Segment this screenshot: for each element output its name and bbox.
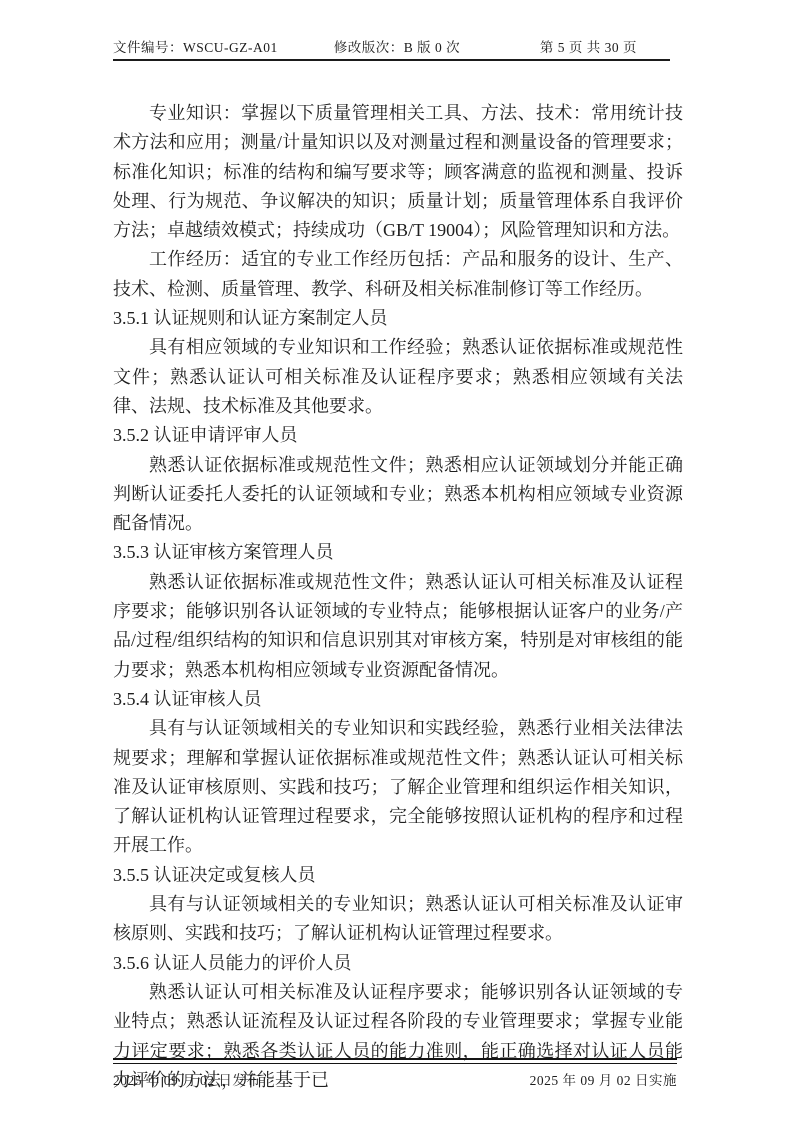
implement-date: 2025 年 09 月 02 日实施: [530, 1069, 677, 1089]
section-heading-3-5-6: 3.5.6 认证人员能力的评价人员: [113, 949, 683, 978]
revision-info: 修改版次：B 版 0 次: [334, 36, 460, 56]
page-number-info: 第 5 页 共 30 页: [540, 36, 670, 56]
paragraph-3-5-2: 熟悉认证依据标准或规范性文件；熟悉相应认证领域划分并能正确判断认证委托人委托的认…: [113, 451, 683, 539]
paragraph-professional-knowledge: 专业知识：掌握以下质量管理相关工具、方法、技术：常用统计技术方法和应用；测量/计…: [113, 99, 683, 245]
paragraph-3-5-1: 具有相应领域的专业知识和工作经验；熟悉认证依据标准或规范性文件；熟悉认证认可相关…: [113, 333, 683, 421]
section-heading-3-5-4: 3.5.4 认证审核人员: [113, 685, 683, 714]
paragraph-3-5-4: 具有与认证领域相关的专业知识和实践经验，熟悉行业相关法律法规要求；理解和掌握认证…: [113, 714, 683, 860]
document-body: 专业知识：掌握以下质量管理相关工具、方法、技术：常用统计技术方法和应用；测量/计…: [113, 99, 683, 1095]
header-divider: [113, 59, 670, 61]
page-header: 文件编号：WSCU-GZ-A01 修改版次：B 版 0 次 第 5 页 共 30…: [113, 36, 670, 56]
page-footer: 2025 年 09 月 02 日发布 2025 年 09 月 02 日实施: [113, 1069, 677, 1089]
section-heading-3-5-1: 3.5.1 认证规则和认证方案制定人员: [113, 304, 683, 333]
section-heading-3-5-3: 3.5.3 认证审核方案管理人员: [113, 538, 683, 567]
paragraph-work-experience: 工作经历：适宜的专业工作经历包括：产品和服务的设计、生产、技术、检测、质量管理、…: [113, 245, 683, 304]
release-date: 2025 年 09 月 02 日发布: [113, 1069, 260, 1089]
section-heading-3-5-2: 3.5.2 认证申请评审人员: [113, 421, 683, 450]
footer-divider: [113, 1058, 677, 1064]
paragraph-3-5-3: 熟悉认证依据标准或规范性文件；熟悉认证认可相关标准及认证程序要求；能够识别各认证…: [113, 568, 683, 685]
paragraph-3-5-5: 具有与认证领域相关的专业知识；熟悉认证认可相关标准及认证审核原则、实践和技巧；了…: [113, 890, 683, 949]
document-page: 文件编号：WSCU-GZ-A01 修改版次：B 版 0 次 第 5 页 共 30…: [0, 0, 794, 1123]
section-heading-3-5-5: 3.5.5 认证决定或复核人员: [113, 861, 683, 890]
doc-number: 文件编号：WSCU-GZ-A01: [113, 36, 278, 56]
